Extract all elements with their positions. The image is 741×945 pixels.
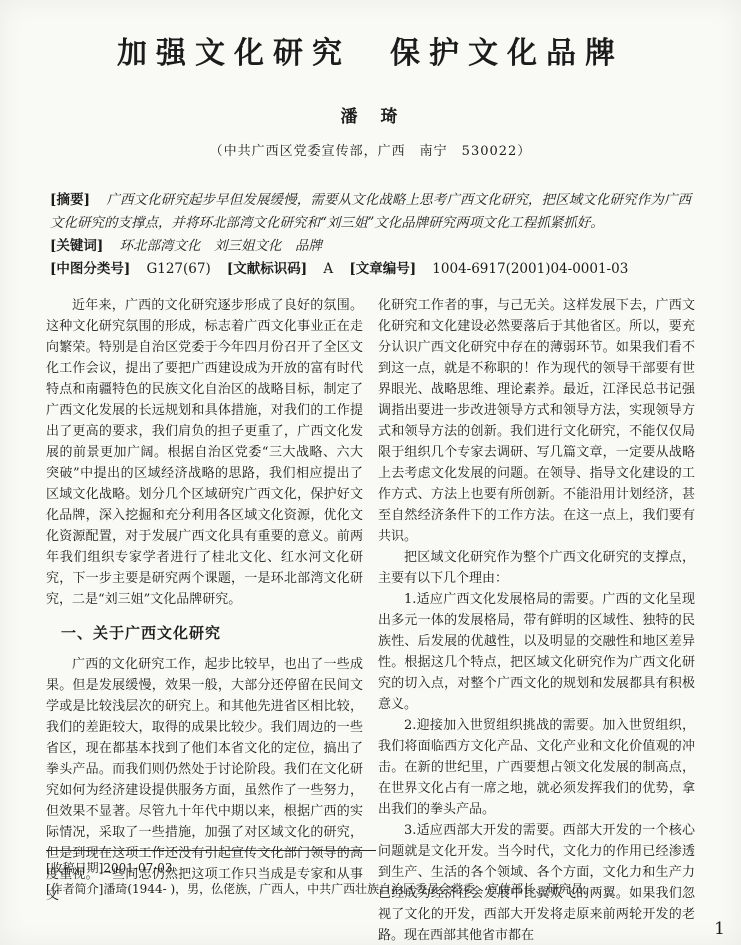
article-body: 近年来，广西的文化研究逐步形成了良好的氛围。这种文化研究氛围的形成，标志着广西文… [46,295,695,945]
paper-title: 加强文化研究 保护文化品牌 [0,0,741,72]
doc-code-label: [文献标识码] [227,261,307,277]
abstract-row: [摘要]广西文化研究起步早但发展缓慢，需要从文化战略上思考广西文化研究，把区域文… [50,189,691,235]
abstract-label: [摘要] [50,192,90,208]
author-affiliation: （中共广西区党委宣传部，广西 南宁 530022） [0,140,741,159]
paragraph: 近年来，广西的文化研究逐步形成了良好的氛围。这种文化研究氛围的形成，标志着广西文… [46,295,363,610]
article-meta: [摘要]广西文化研究起步早但发展缓慢，需要从文化战略上思考广西文化研究，把区域文… [50,189,691,281]
article-no-value: 1004-6917(2001)04-0001-03 [432,261,628,277]
paragraph: 2.迎接加入世贸组织挑战的需要。加入世贸组织，我们将面临西方文化产品、文化产业和… [378,715,695,820]
section-heading-1: 一、关于广西文化研究 [46,623,363,644]
footnote-rule [46,850,376,851]
paper-page: 加强文化研究 保护文化品牌 潘 琦 （中共广西区党委宣传部，广西 南宁 5300… [0,0,741,945]
footnote-block: [收稿日期]2001-07-03 [作者简介]潘琦(1944- )，男，仫佬族，… [46,850,701,900]
clc-value: G127(67) [146,261,210,277]
left-column: 近年来，广西的文化研究逐步形成了良好的氛围。这种文化研究氛围的形成，标志着广西文… [46,295,363,945]
article-no-label: [文章编号] [349,261,416,277]
author-name: 潘 琦 [0,102,741,127]
paragraph: 把区域文化研究作为整个广西文化研究的支撑点，主要有以下几个理由： [378,547,695,589]
author-bio: [作者简介]潘琦(1944- )，男，仫佬族，广西人，中共广西壮族自治区委员会常… [46,879,701,900]
keywords-text: 环北部湾文化 刘三姐文化 品牌 [119,238,322,254]
clc-label: [中图分类号] [50,261,130,277]
keywords-row: [关键词]环北部湾文化 刘三姐文化 品牌 [50,235,691,258]
paragraph-continuation: 化研究工作者的事，与己无关。这样发展下去，广西文化研究和文化建设必然要落后于其他… [378,295,695,547]
doc-code-value: A [323,261,333,277]
keywords-label: [关键词] [50,238,103,254]
page-number: 1 [714,919,725,939]
right-column: 化研究工作者的事，与己无关。这样发展下去，广西文化研究和文化建设必然要落后于其他… [378,295,695,945]
paragraph: 1.适应广西文化发展格局的需要。广西的文化呈现出多元一体的发展格局，带有鲜明的区… [378,589,695,715]
classification-row: [中图分类号]G127(67)[文献标识码]A[文章编号]1004-6917(2… [50,258,691,281]
received-date: [收稿日期]2001-07-03 [46,858,701,879]
abstract-text: 广西文化研究起步早但发展缓慢，需要从文化战略上思考广西文化研究，把区域文化研究作… [50,192,691,231]
